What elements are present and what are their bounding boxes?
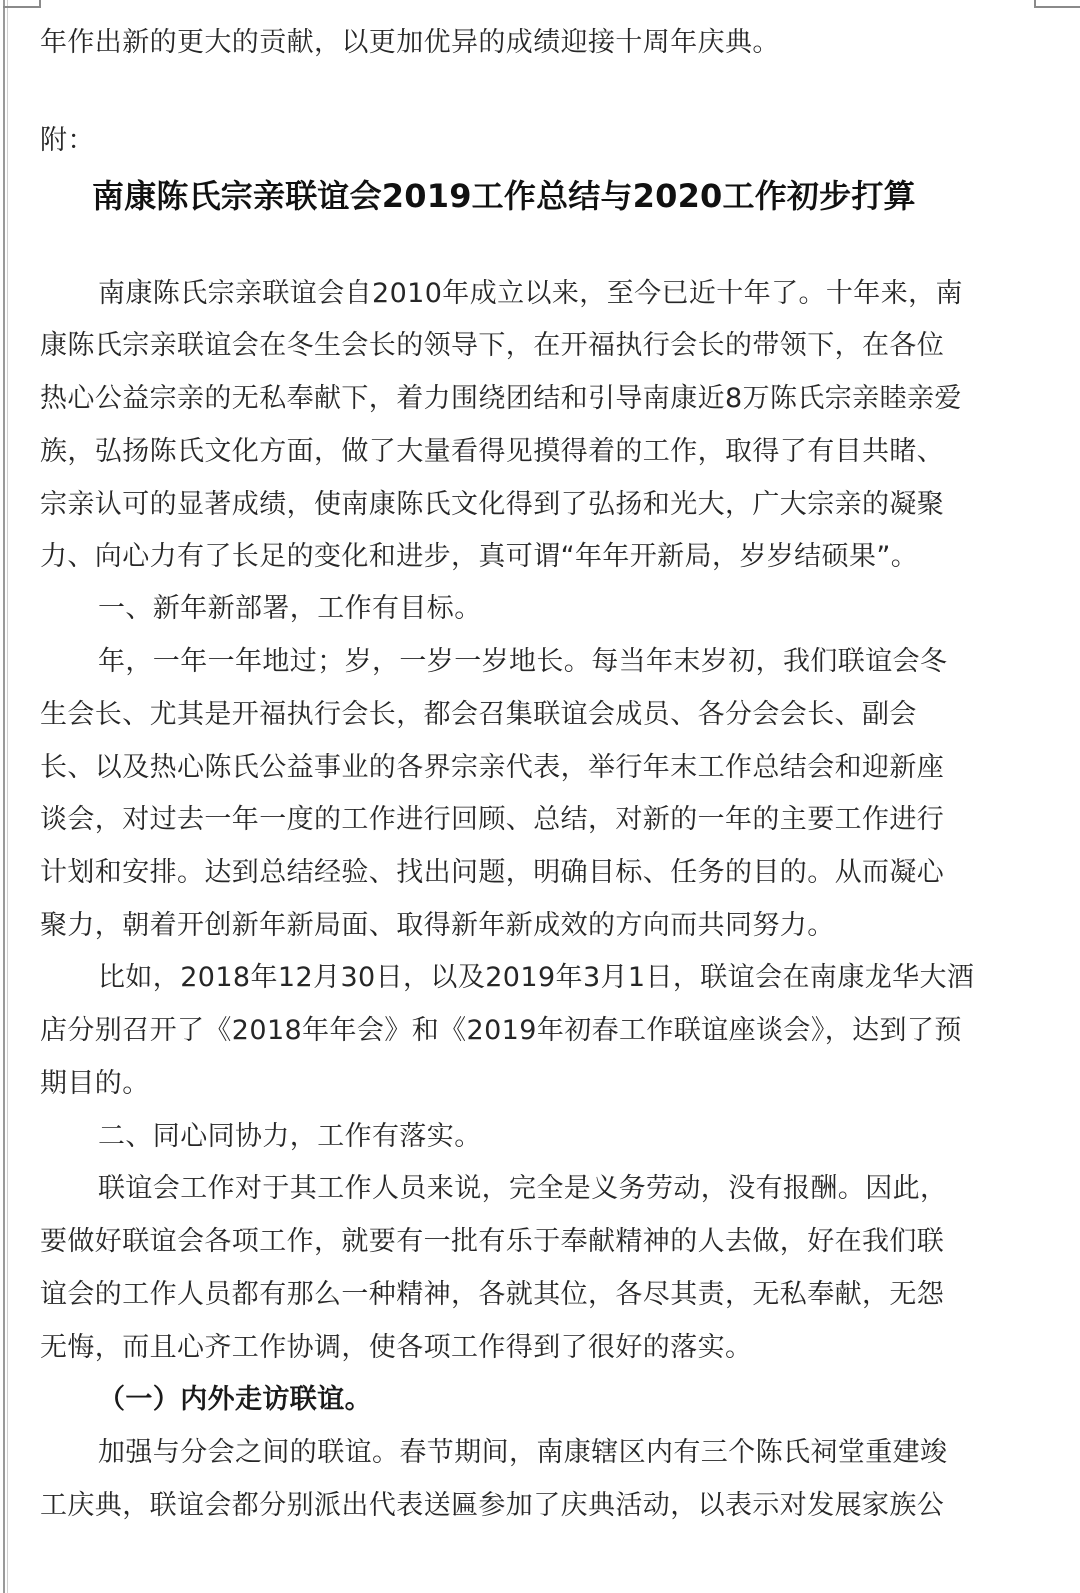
body-line: 谈会，对过去一年一度的工作进行回顾、总结，对新的一年的主要工作进行 [40, 803, 944, 837]
body-line: 要做好联谊会各项工作，就要有一批有乐于奉献精神的人去做，好在我们联 [40, 1225, 944, 1259]
crop-mark-top-right [1034, 0, 1080, 8]
body-line: 聚力，朝着开创新年新局面、取得新年新成效的方向而共同努力。 [40, 909, 835, 943]
body-line: 年，一年一年地过；岁，一岁一岁地长。每当年末岁初，我们联谊会冬 [98, 645, 947, 679]
body-line: 无悔，而且心齐工作协调，使各项工作得到了很好的落实。 [40, 1331, 752, 1365]
page-left-border-inner [7, 0, 8, 1593]
body-line: 康陈氏宗亲联谊会在冬生会长的领导下，在开福执行会长的带领下，在各位 [40, 329, 944, 363]
body-line: 比如，2018年12月30日，以及2019年3月1日，联谊会在南康龙华大酒 [98, 961, 974, 995]
body-line: 生会长、尤其是开福执行会长，都会召集联谊会成员、各分会会长、副会 [40, 698, 917, 732]
body-line: 力、向心力有了长足的变化和进步，真可谓“年年开新局，岁岁结硕果”。 [40, 540, 918, 574]
section-heading-1: 一、新年新部署，工作有目标。 [98, 592, 482, 626]
body-line: 店分别召开了《2018年年会》和《2019年初春工作联谊座谈会》，达到了预 [40, 1014, 962, 1048]
body-line: 热心公益宗亲的无私奉献下，着力围绕团结和引导南康近8万陈氏宗亲睦亲爱 [40, 382, 962, 416]
body-line: 南康陈氏宗亲联谊会自2010年成立以来，至今已近十年了。十年来，南 [98, 277, 963, 311]
continuation-line: 年作出新的更大的贡献，以更加优异的成绩迎接十周年庆典。 [40, 26, 780, 60]
appendix-label: 附： [40, 124, 95, 158]
body-line: 计划和安排。达到总结经验、找出问题，明确目标、任务的目的。从而凝心 [40, 856, 944, 890]
body-line: 加强与分会之间的联谊。春节期间，南康辖区内有三个陈氏祠堂重建竣 [98, 1436, 947, 1470]
body-line: 谊会的工作人员都有那么一种精神，各就其位，各尽其责，无私奉献，无怨 [40, 1278, 944, 1312]
body-line: 长、以及热心陈氏公益事业的各界宗亲代表，举行年末工作总结会和迎新座 [40, 751, 944, 785]
body-line: 工庆典，联谊会都分别派出代表送匾参加了庆典活动，以表示对发展家族公 [40, 1489, 944, 1523]
subsection-heading: （一）内外走访联谊。 [98, 1383, 372, 1417]
crop-mark-top-left [3, 0, 41, 8]
document-title: 南康陈氏宗亲联谊会2019工作总结与2020工作初步打算 [92, 171, 916, 217]
body-line: 联谊会工作对于其工作人员来说，完全是义务劳动，没有报酬。因此， [98, 1172, 947, 1206]
page-left-border [3, 0, 5, 1593]
body-line: 期目的。 [40, 1067, 150, 1101]
body-line: 族，弘扬陈氏文化方面，做了大量看得见摸得着的工作，取得了有目共睹、 [40, 435, 944, 469]
body-line: 宗亲认可的显著成绩，使南康陈氏文化得到了弘扬和光大，广大宗亲的凝聚 [40, 488, 944, 522]
section-heading-2: 二、同心同协力，工作有落实。 [98, 1120, 482, 1154]
